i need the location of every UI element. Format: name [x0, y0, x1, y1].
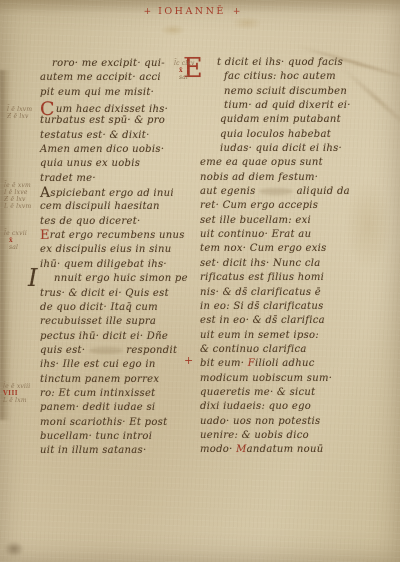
manuscript-text-line: fac citius: hoc autem — [200, 70, 372, 84]
manuscript-text-line: tem nox· Cum ergo exis — [200, 242, 372, 256]
manuscript-text-line: nobis ad diem festum· — [200, 171, 372, 185]
text-segment: andatum nouū — [247, 444, 324, 455]
manuscript-text-line: pit eum qui me misit· — [40, 86, 196, 100]
manuscript-text-line: est in eo· & ds̄ clarifica — [200, 314, 372, 328]
manuscript-text-line: tinctum panem porrex — [40, 373, 196, 387]
manuscript-text-line: uit continuo· Erat au — [200, 228, 372, 242]
text-segment: est in eo· & ds̄ clarifica — [200, 315, 325, 326]
manuscript-text-line: bucellam· tunc introi — [40, 430, 196, 444]
gloss-line: sal — [174, 74, 195, 81]
text-segment: tinctum panem porrex — [40, 374, 159, 385]
marginal-gloss-canon-ref: l̄e ē xviii VIII L ē lxm — [3, 383, 30, 404]
manuscript-text-line: rificatus est filius homi — [200, 271, 372, 285]
gloss-line: l̄c clxv — [174, 60, 195, 67]
text-segment: ret· Cum ergo accepis — [200, 200, 318, 211]
manuscript-text-line: tium· ad quid dixerit ei· — [200, 99, 372, 113]
manuscript-text-line: uado· uos non potestis — [200, 415, 372, 429]
text-segment: ro: Et cum intinxisset — [40, 388, 155, 399]
manuscript-text-line: modicum uobiscum sum· — [200, 372, 372, 386]
manuscript-text-line: Et dicit ei ihs· quod facis — [200, 56, 372, 70]
text-segment: um haec dixisset ihs· — [56, 104, 168, 115]
text-segment: nnuit ergo huic simon pe — [54, 273, 188, 284]
gloss-line: l̄e ē xviii — [3, 383, 30, 390]
manuscript-text-line: dixi iudaeis: quo ego — [200, 400, 372, 414]
manuscript-text-line: set· dicit ihs· Nunc cla — [200, 257, 372, 271]
text-segment: & continuo clarifica — [200, 344, 307, 355]
manuscript-text-line: nis· & ds̄ clarificatus ē — [200, 286, 372, 300]
manuscript-text-line: uit in illum satanas· — [40, 444, 196, 458]
gloss-line: l̄e ē xvm — [4, 182, 31, 189]
text-segment: nis· & ds̄ clarificatus ē — [200, 287, 321, 298]
text-segment: bit eum· — [200, 358, 248, 369]
text-segment: rificatus est filius homi — [200, 272, 324, 283]
text-segment: bucellam· tunc introi — [40, 431, 152, 442]
manuscript-text-line: aut egenis aliquid da — [200, 185, 372, 199]
text-segment: uado· uos non potestis — [200, 416, 320, 427]
text-segment: spiciebant ergo ad inui — [50, 188, 173, 199]
text-segment: roro· me excipit· qui- — [52, 58, 165, 69]
text-segment: tradet me· — [40, 173, 96, 184]
manuscript-text-line: recubuisset ille supra — [40, 315, 196, 329]
manuscript-text-line: trus· & dicit ei· Quis est — [40, 287, 196, 301]
corner-ink-smudge — [4, 541, 24, 557]
text-column-right: Et dicit ei ihs· quod facisfac citius: h… — [200, 56, 372, 458]
text-segment: moni scariothis· Et post — [40, 417, 167, 428]
manuscript-text-line: Innuit ergo huic simon pe — [40, 272, 196, 286]
gloss-line: L ē lxm — [3, 397, 30, 404]
illuminated-initial: A — [40, 187, 50, 199]
text-segment: cem discipuli haesitan — [40, 201, 160, 212]
text-segment: recubuisset ille supra — [40, 316, 156, 327]
gloss-canon-numeral: x̄ — [4, 237, 27, 244]
gloss-line: I ē lxve — [4, 189, 31, 196]
manuscript-text-line: tes de quo diceret· — [40, 215, 196, 229]
gloss-canon-numeral: x̄ — [174, 67, 195, 74]
text-segment: quis est· — [40, 345, 89, 356]
manuscript-text-line: set ille bucellam: exi — [200, 214, 372, 228]
marginal-gloss-canon-ref: l̄ ē lxvm Ƶ ē lxv — [7, 106, 32, 120]
marginal-gloss-canon-ref: l̄e cxvii x̄ sal — [4, 230, 27, 251]
text-segment: rat ergo recumbens unus — [50, 230, 185, 241]
text-segment: nobis ad diem festum· — [200, 172, 318, 183]
illuminated-initial: I — [28, 268, 38, 288]
manuscript-text-line: ret· Cum ergo accepis — [200, 199, 372, 213]
text-segment: Amen amen dico uobis· — [40, 144, 164, 155]
text-segment: ihū· quem diligebat ihs· — [40, 259, 167, 270]
text-segment: testatus est· & dixit· — [40, 130, 150, 141]
illuminated-initial: E — [40, 230, 50, 242]
gloss-line: l̄ ē lxvm — [7, 106, 32, 113]
text-segment: nemo sciuit discumben — [224, 86, 347, 97]
text-segment: ihs· Ille est cui ego in — [40, 359, 156, 370]
text-segment: de quo dicit· Itaq̄ cum — [40, 302, 158, 313]
text-segment: trus· & dicit ei· Quis est — [40, 288, 169, 299]
manuscript-text-line: ihū· quem diligebat ihs· — [40, 258, 196, 272]
manuscript-page: +IOHANNĒ+ roro· me excipit· qui-autem me… — [0, 0, 400, 562]
erased-text-smudge — [89, 347, 123, 354]
manuscript-text-line: uenire: & uobis dico — [200, 429, 372, 443]
manuscript-text-line: ex discipulis eius in sinu — [40, 243, 196, 257]
text-segment: modo· — [200, 444, 236, 455]
text-segment: quaeretis me· & sicut — [200, 387, 315, 398]
manuscript-text-line: ro: Et cum intinxisset — [40, 387, 196, 401]
running-title-text: IOHANNĒ — [158, 6, 226, 17]
running-title: +IOHANNĒ+ — [0, 6, 392, 17]
gloss-line: l̄e cxvii — [4, 230, 27, 237]
manuscript-text-line: iudas· quia dicit ei ihs· — [200, 142, 372, 156]
manuscript-text-line: quaeretis me· & sicut — [200, 386, 372, 400]
manuscript-text-line: quis est· respondit — [40, 344, 196, 358]
rubric-cross-icon: + — [144, 7, 152, 17]
manuscript-text-line: autem me accipit· acci — [40, 71, 196, 85]
manuscript-text-line: eme ea quae opus sunt — [200, 156, 372, 170]
text-segment: uit continuo· Erat au — [200, 229, 311, 240]
manuscript-text-line: panem· dedit iudae si — [40, 401, 196, 415]
marginal-gloss-canon-ref: l̄e ē xvm I ē lxve Ƶ ē lxv L ē lxvm — [4, 182, 31, 210]
manuscript-text-line: roro· me excipit· qui- — [40, 57, 196, 71]
text-segment: eme ea quae opus sunt — [200, 157, 323, 168]
text-segment: fac citius: hoc autem — [224, 71, 336, 82]
parchment-stain — [160, 24, 186, 36]
text-segment: dixi iudaeis: quo ego — [200, 401, 311, 412]
manuscript-text-line: de quo dicit· Itaq̄ cum — [40, 301, 196, 315]
rubricated-letter: F — [248, 358, 255, 369]
gloss-line: sal — [4, 244, 27, 251]
text-segment: ex discipulis eius in sinu — [40, 244, 172, 255]
text-segment: tes de quo diceret· — [40, 216, 141, 227]
manuscript-text-line: Erat ergo recumbens unus — [40, 229, 196, 243]
rubricated-letter: M — [236, 444, 247, 455]
manuscript-text-line: in eo: Si ds̄ clarificatus — [200, 300, 372, 314]
manuscript-text-line: Cum haec dixisset ihs· — [40, 100, 196, 114]
text-segment: respondit — [123, 345, 178, 356]
manuscript-text-line: modo· Mandatum nouū — [200, 443, 372, 457]
rubric-cross-icon: + — [233, 7, 241, 17]
gloss-line: Ƶ ē lxv — [7, 113, 32, 120]
text-segment: pit eum qui me misit· — [40, 87, 154, 98]
gloss-line: Ƶ ē lxv — [4, 196, 31, 203]
text-segment: quia loculos habebat — [220, 129, 331, 140]
manuscript-text-line: turbatus est spū· & pro — [40, 114, 196, 128]
text-segment: tium· ad quid dixerit ei· — [224, 100, 351, 111]
text-segment: iudas· quia dicit ei ihs· — [220, 143, 342, 154]
text-segment: autem me accipit· acci — [40, 72, 161, 83]
manuscript-text-line: quidam enim putabant — [200, 113, 372, 127]
text-segment: aliquid da — [293, 186, 350, 197]
manuscript-text-line: & continuo clarifica — [200, 343, 372, 357]
rubric-cross-icon: + — [184, 354, 193, 367]
manuscript-text-line: cem discipuli haesitan — [40, 200, 196, 214]
text-segment: uit in illum satanas· — [40, 445, 146, 456]
text-segment: aut egenis — [200, 186, 259, 197]
manuscript-text-line: nemo sciuit discumben — [200, 85, 372, 99]
manuscript-text-line: uit eum in semet ipso: — [200, 329, 372, 343]
manuscript-text-line: bit eum· Filioli adhuc — [200, 357, 372, 371]
manuscript-text-line: quia unus ex uobis — [40, 157, 196, 171]
text-segment: ilioli adhuc — [255, 358, 315, 369]
manuscript-text-line: pectus ihū· dicit ei· Dñe — [40, 330, 196, 344]
manuscript-text-line: ihs· Ille est cui ego in — [40, 358, 196, 372]
text-segment: set ille bucellam: exi — [200, 215, 311, 226]
manuscript-text-line: moni scariothis· Et post — [40, 416, 196, 430]
gloss-line: L ē lxvm — [4, 203, 31, 210]
text-column-left: roro· me excipit· qui-autem me accipit· … — [40, 57, 196, 459]
manuscript-text-line: testatus est· & dixit· — [40, 129, 196, 143]
text-segment: pectus ihū· dicit ei· Dñe — [40, 331, 168, 342]
manuscript-text-line: Aspiciebant ergo ad inui — [40, 186, 196, 200]
text-segment: modicum uobiscum sum· — [200, 373, 332, 384]
illuminated-initial: C — [40, 103, 55, 115]
text-segment: t dicit ei ihs· quod facis — [217, 57, 343, 68]
manuscript-text-line: quia loculos habebat — [200, 128, 372, 142]
erased-text-smudge — [259, 188, 293, 195]
text-segment: set· dicit ihs· Nunc cla — [200, 258, 321, 269]
marginal-gloss-canon-ref: l̄c clxv x̄ sal — [174, 60, 195, 81]
text-segment: in eo: Si ds̄ clarificatus — [200, 301, 324, 312]
parchment-stain — [232, 16, 262, 30]
text-segment: turbatus est spū· & pro — [40, 115, 165, 126]
text-segment: quidam enim putabant — [220, 114, 341, 125]
text-segment: uenire: & uobis dico — [200, 430, 309, 441]
manuscript-text-line: Amen amen dico uobis· — [40, 143, 196, 157]
text-segment: tem nox· Cum ergo exis — [200, 243, 327, 254]
manuscript-text-line: tradet me· — [40, 172, 196, 186]
gloss-canon-numeral: VIII — [3, 390, 30, 397]
text-segment: panem· dedit iudae si — [40, 402, 155, 413]
text-segment: quia unus ex uobis — [40, 158, 140, 169]
text-segment: uit eum in semet ipso: — [200, 330, 319, 341]
